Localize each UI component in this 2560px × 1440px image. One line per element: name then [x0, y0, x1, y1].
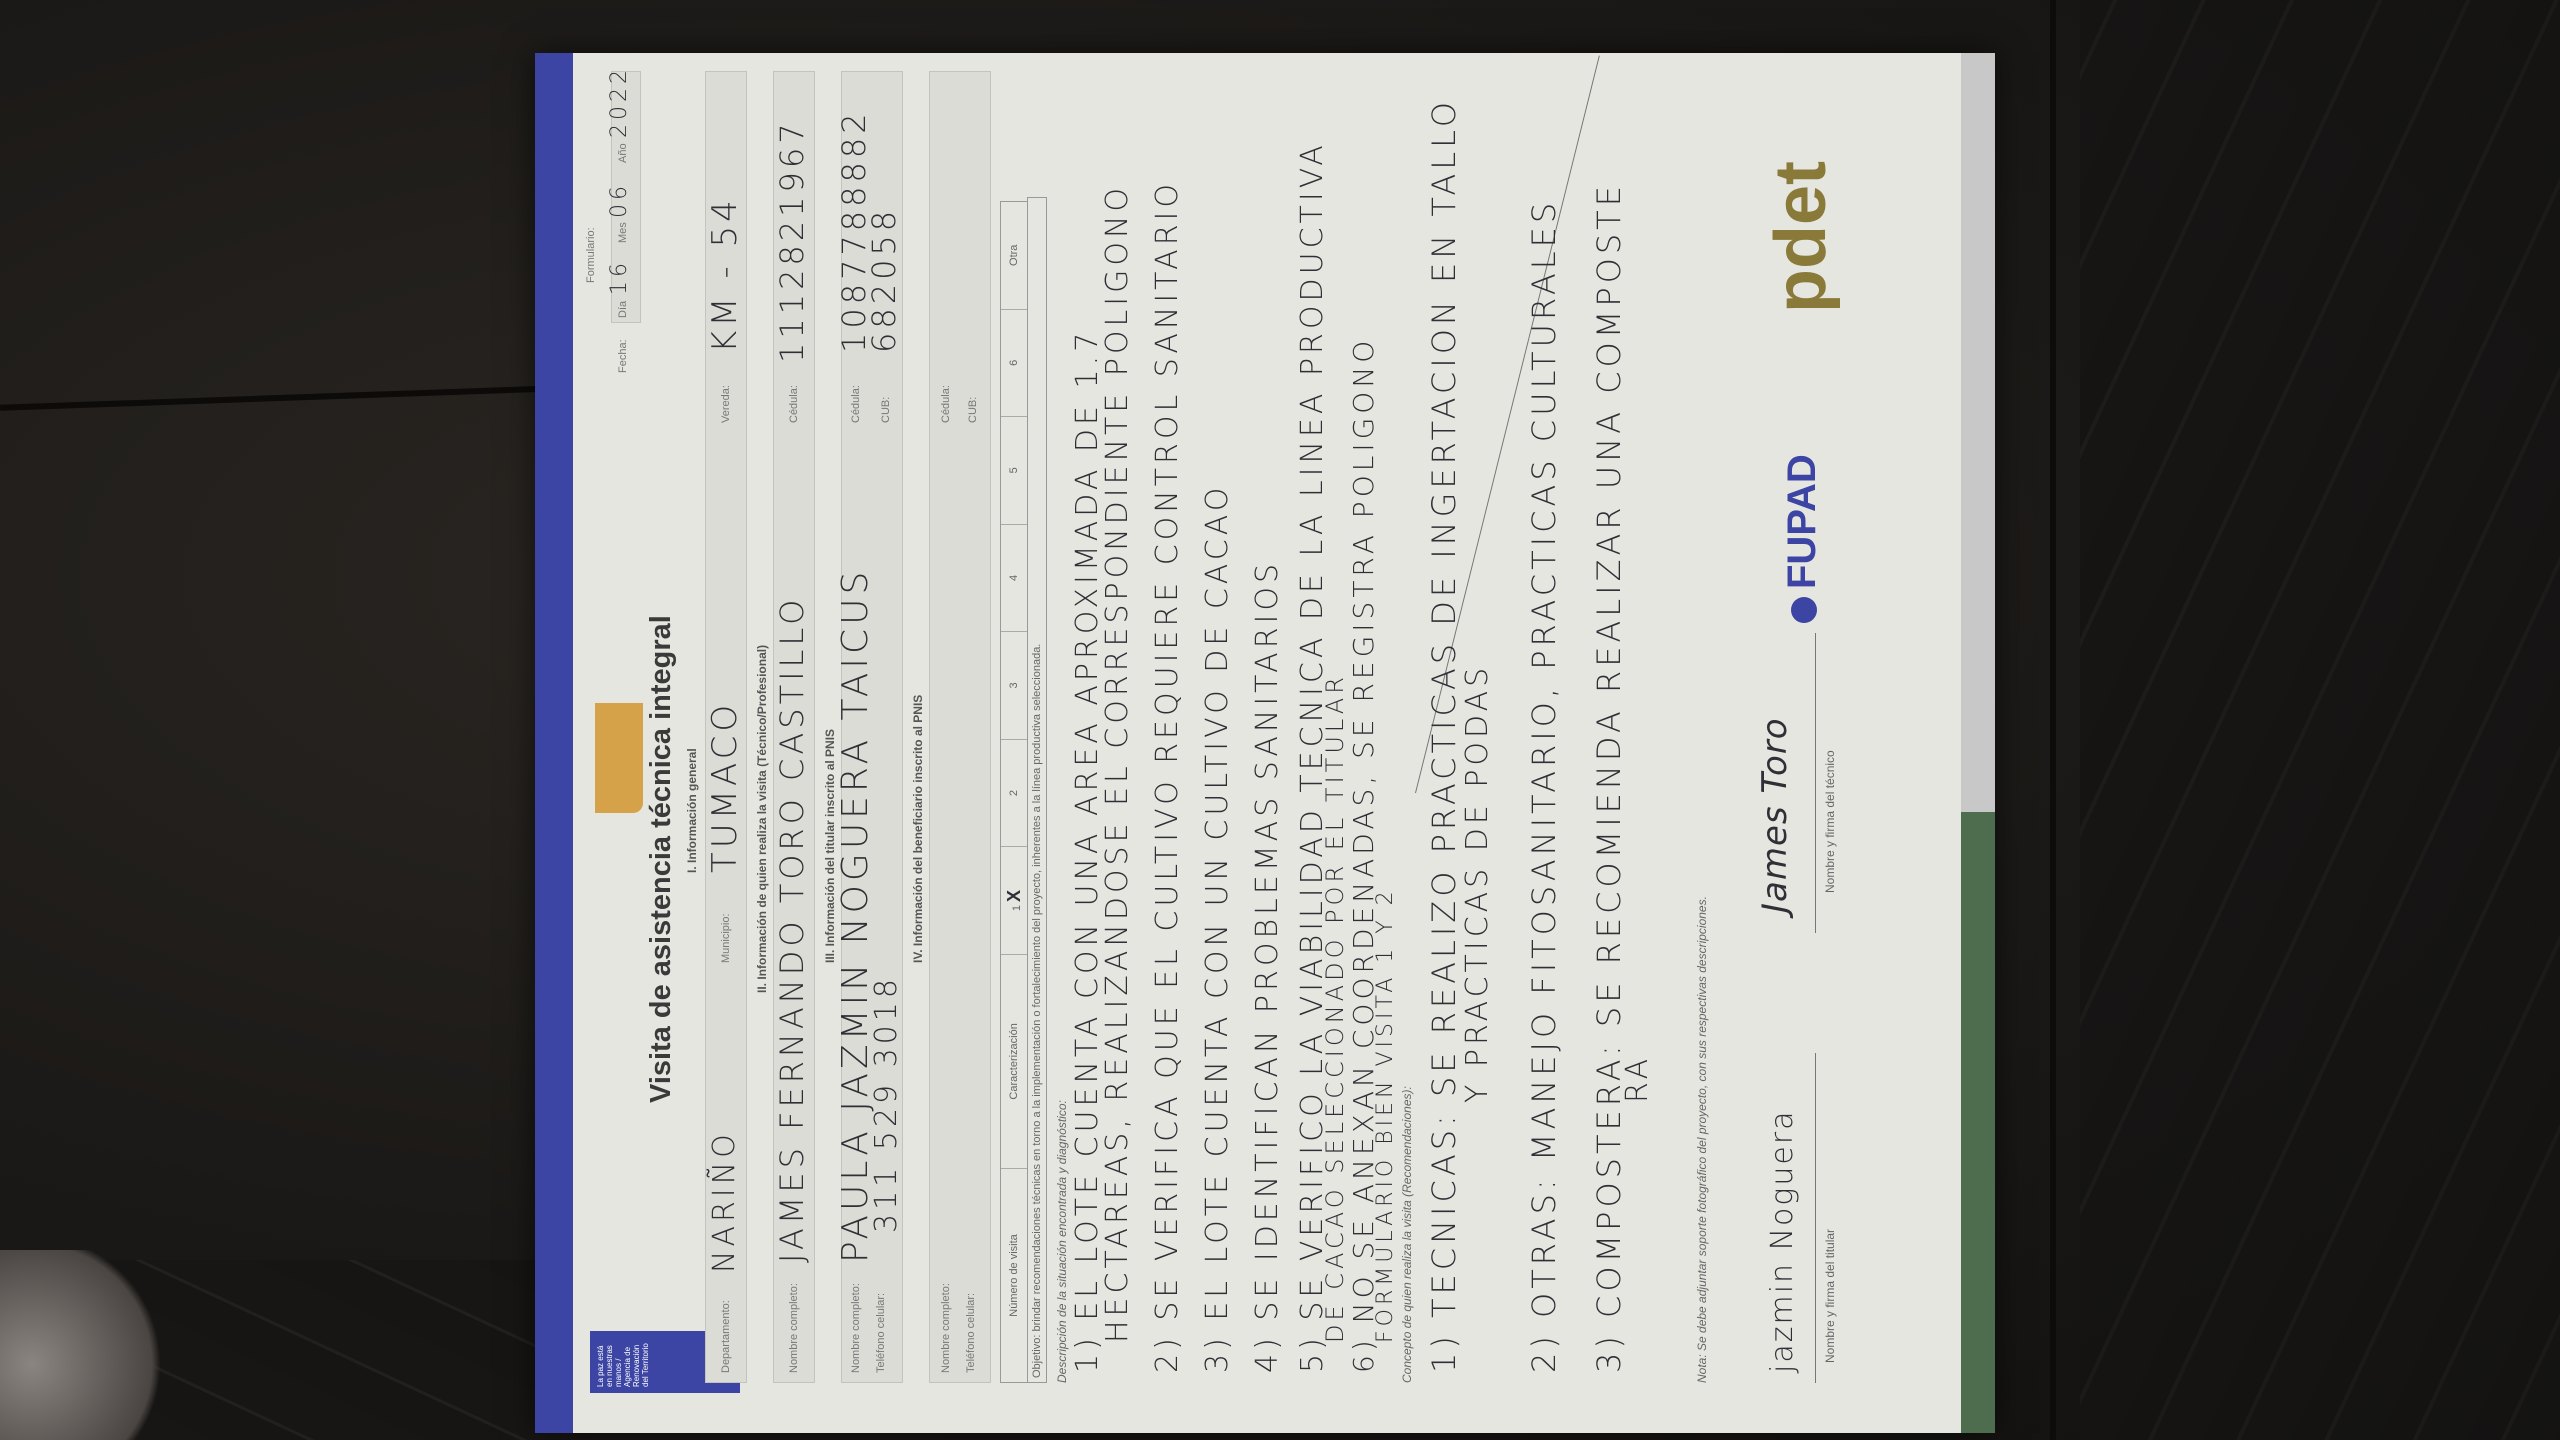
- towel: [0, 1250, 160, 1440]
- section-4-row: [929, 71, 991, 1383]
- mes-label: Mes: [617, 222, 629, 243]
- description-line: DE CACAO SELECCIONADO POR EL TITULAR: [1321, 673, 1349, 1343]
- fecha-label: Fecha:: [617, 339, 629, 373]
- titular-signature: jazmin Noguera: [1765, 1109, 1800, 1373]
- titular-telefono-label: Teléfono celular:: [875, 1292, 887, 1372]
- description-line: 4) SE IDENTIFICAN PROBLEMAS SANITARIOS: [1250, 559, 1285, 1372]
- top-blue-band: [535, 53, 573, 1433]
- titular-telefono-value: 311 529 3018: [869, 975, 904, 1233]
- concept-line: 1) TECNICAS: SE REALIZO PRACTICAS DE ING…: [1425, 98, 1463, 1373]
- form-title: Visita de asistencia técnica integral: [645, 615, 678, 1103]
- description-line: 3) EL LOTE CUENTA CON UN CULTIVO DE CACA…: [1200, 483, 1235, 1372]
- section-2-title: II. Información de quien realiza la visi…: [755, 644, 769, 992]
- visit-number-table: Número de visita Caracterización 1 X 2 3…: [1000, 201, 1028, 1383]
- concept-line: 2) OTRAS: MANEJO FITOSANITARIO, PRACTICA…: [1525, 198, 1563, 1372]
- mes-value: 06: [607, 182, 632, 218]
- section-1-title: I. Información general: [685, 748, 699, 873]
- visit-option-3[interactable]: 3: [1001, 632, 1027, 740]
- titular-nombre-label: Nombre completo:: [850, 1283, 862, 1373]
- caracterizacion-label: Caracterización: [1001, 954, 1027, 1168]
- numero-visita-label: Número de visita: [1001, 1168, 1027, 1381]
- bottom-band: [1961, 53, 1995, 1433]
- titular-cub-label: CUB:: [880, 396, 892, 422]
- tecnico-cedula-value: 1112821967: [773, 119, 811, 363]
- visit-option-6[interactable]: 6: [1001, 309, 1027, 417]
- fupad-logo: FUPAD: [1780, 454, 1825, 623]
- departamento-label: Departamento:: [720, 1300, 732, 1373]
- anio-value: 2022: [607, 66, 632, 138]
- globe-icon: [1791, 597, 1817, 623]
- logo-text: La paz está en nuestras manos / Agencia …: [596, 1343, 650, 1387]
- vereda-label: Vereda:: [720, 385, 732, 423]
- titular-cedula-label: Cédula:: [850, 385, 862, 423]
- concept-line: RA: [1620, 1054, 1655, 1102]
- titular-signature-line: [1815, 1053, 1816, 1383]
- titular-signature-caption: Nombre y firma del titular: [1823, 1228, 1837, 1362]
- vereda-value: KM - 54: [705, 196, 745, 353]
- description-line: HECTAREAS, REALIZANDOSE EL CORRESPONDIEN…: [1100, 183, 1135, 1342]
- municipio-value: TUMACO: [705, 700, 745, 872]
- pdet-logo: pdet: [1760, 161, 1842, 313]
- concept-heading: Concepto de quien realiza la visita (Rec…: [1400, 1086, 1414, 1383]
- description-line: 2) SE VERIFICA QUE EL CULTIVO REQUIERE C…: [1150, 180, 1185, 1373]
- tecnico-nombre-value: JAMES FERNANDO TORO CASTILLO: [773, 595, 811, 1262]
- table-seam: [0, 385, 560, 411]
- form-sheet: La paz está en nuestras manos / Agencia …: [535, 53, 1995, 1433]
- beneficiario-cedula-label: Cédula:: [940, 385, 952, 423]
- visit-option-1[interactable]: 1 X: [1001, 847, 1027, 955]
- description-heading: Descripción de la situación encontrada y…: [1055, 1100, 1069, 1383]
- description-line: FORMULARIO BIEN VISITA 1 Y 2: [1373, 887, 1398, 1343]
- beneficiario-telefono-label: Teléfono celular:: [965, 1292, 977, 1372]
- visit-option-4[interactable]: 4: [1001, 524, 1027, 632]
- objective-text: Objetivo: brindar recomendaciones técnic…: [1027, 197, 1047, 1383]
- nota-text: Nota: Se debe adjuntar soporte fotográfi…: [1695, 896, 1709, 1383]
- municipio-label: Municipio:: [720, 913, 732, 963]
- tecnico-signature: James Toro: [1755, 717, 1795, 913]
- titular-cub-value: 682058: [865, 206, 903, 352]
- visit-option-5[interactable]: 5: [1001, 417, 1027, 525]
- departamento-value: NARIÑO: [707, 1130, 742, 1273]
- tecnico-signature-line: [1815, 633, 1816, 933]
- tecnico-signature-caption: Nombre y firma del técnico: [1823, 750, 1837, 893]
- gold-emblem: [595, 703, 643, 813]
- table-edge: [2050, 0, 2056, 1440]
- formulario-label: Formulario:: [585, 227, 597, 283]
- beneficiario-cub-label: CUB:: [967, 396, 979, 422]
- visit-option-2[interactable]: 2: [1001, 739, 1027, 847]
- beneficiario-nombre-label: Nombre completo:: [940, 1283, 952, 1373]
- tecnico-cedula-label: Cédula:: [788, 385, 800, 423]
- marble-floor: [2080, 0, 2560, 1440]
- tecnico-nombre-label: Nombre completo:: [788, 1283, 800, 1373]
- section-4-title: IV. Información del beneficiario inscrit…: [911, 694, 925, 962]
- document-photo: La paz está en nuestras manos / Agencia …: [520, 45, 2010, 1440]
- dia-value: 16: [607, 259, 632, 295]
- anio-label: Año: [617, 143, 629, 163]
- visit-option-otra[interactable]: Otra: [1001, 201, 1027, 309]
- concept-line: 3) COMPOSTERA: SE RECOMIENDA REALIZAR UN…: [1590, 182, 1628, 1373]
- dia-label: Día: [617, 300, 629, 317]
- concept-line: Y PRACTICAS DE PODAS: [1460, 663, 1495, 1102]
